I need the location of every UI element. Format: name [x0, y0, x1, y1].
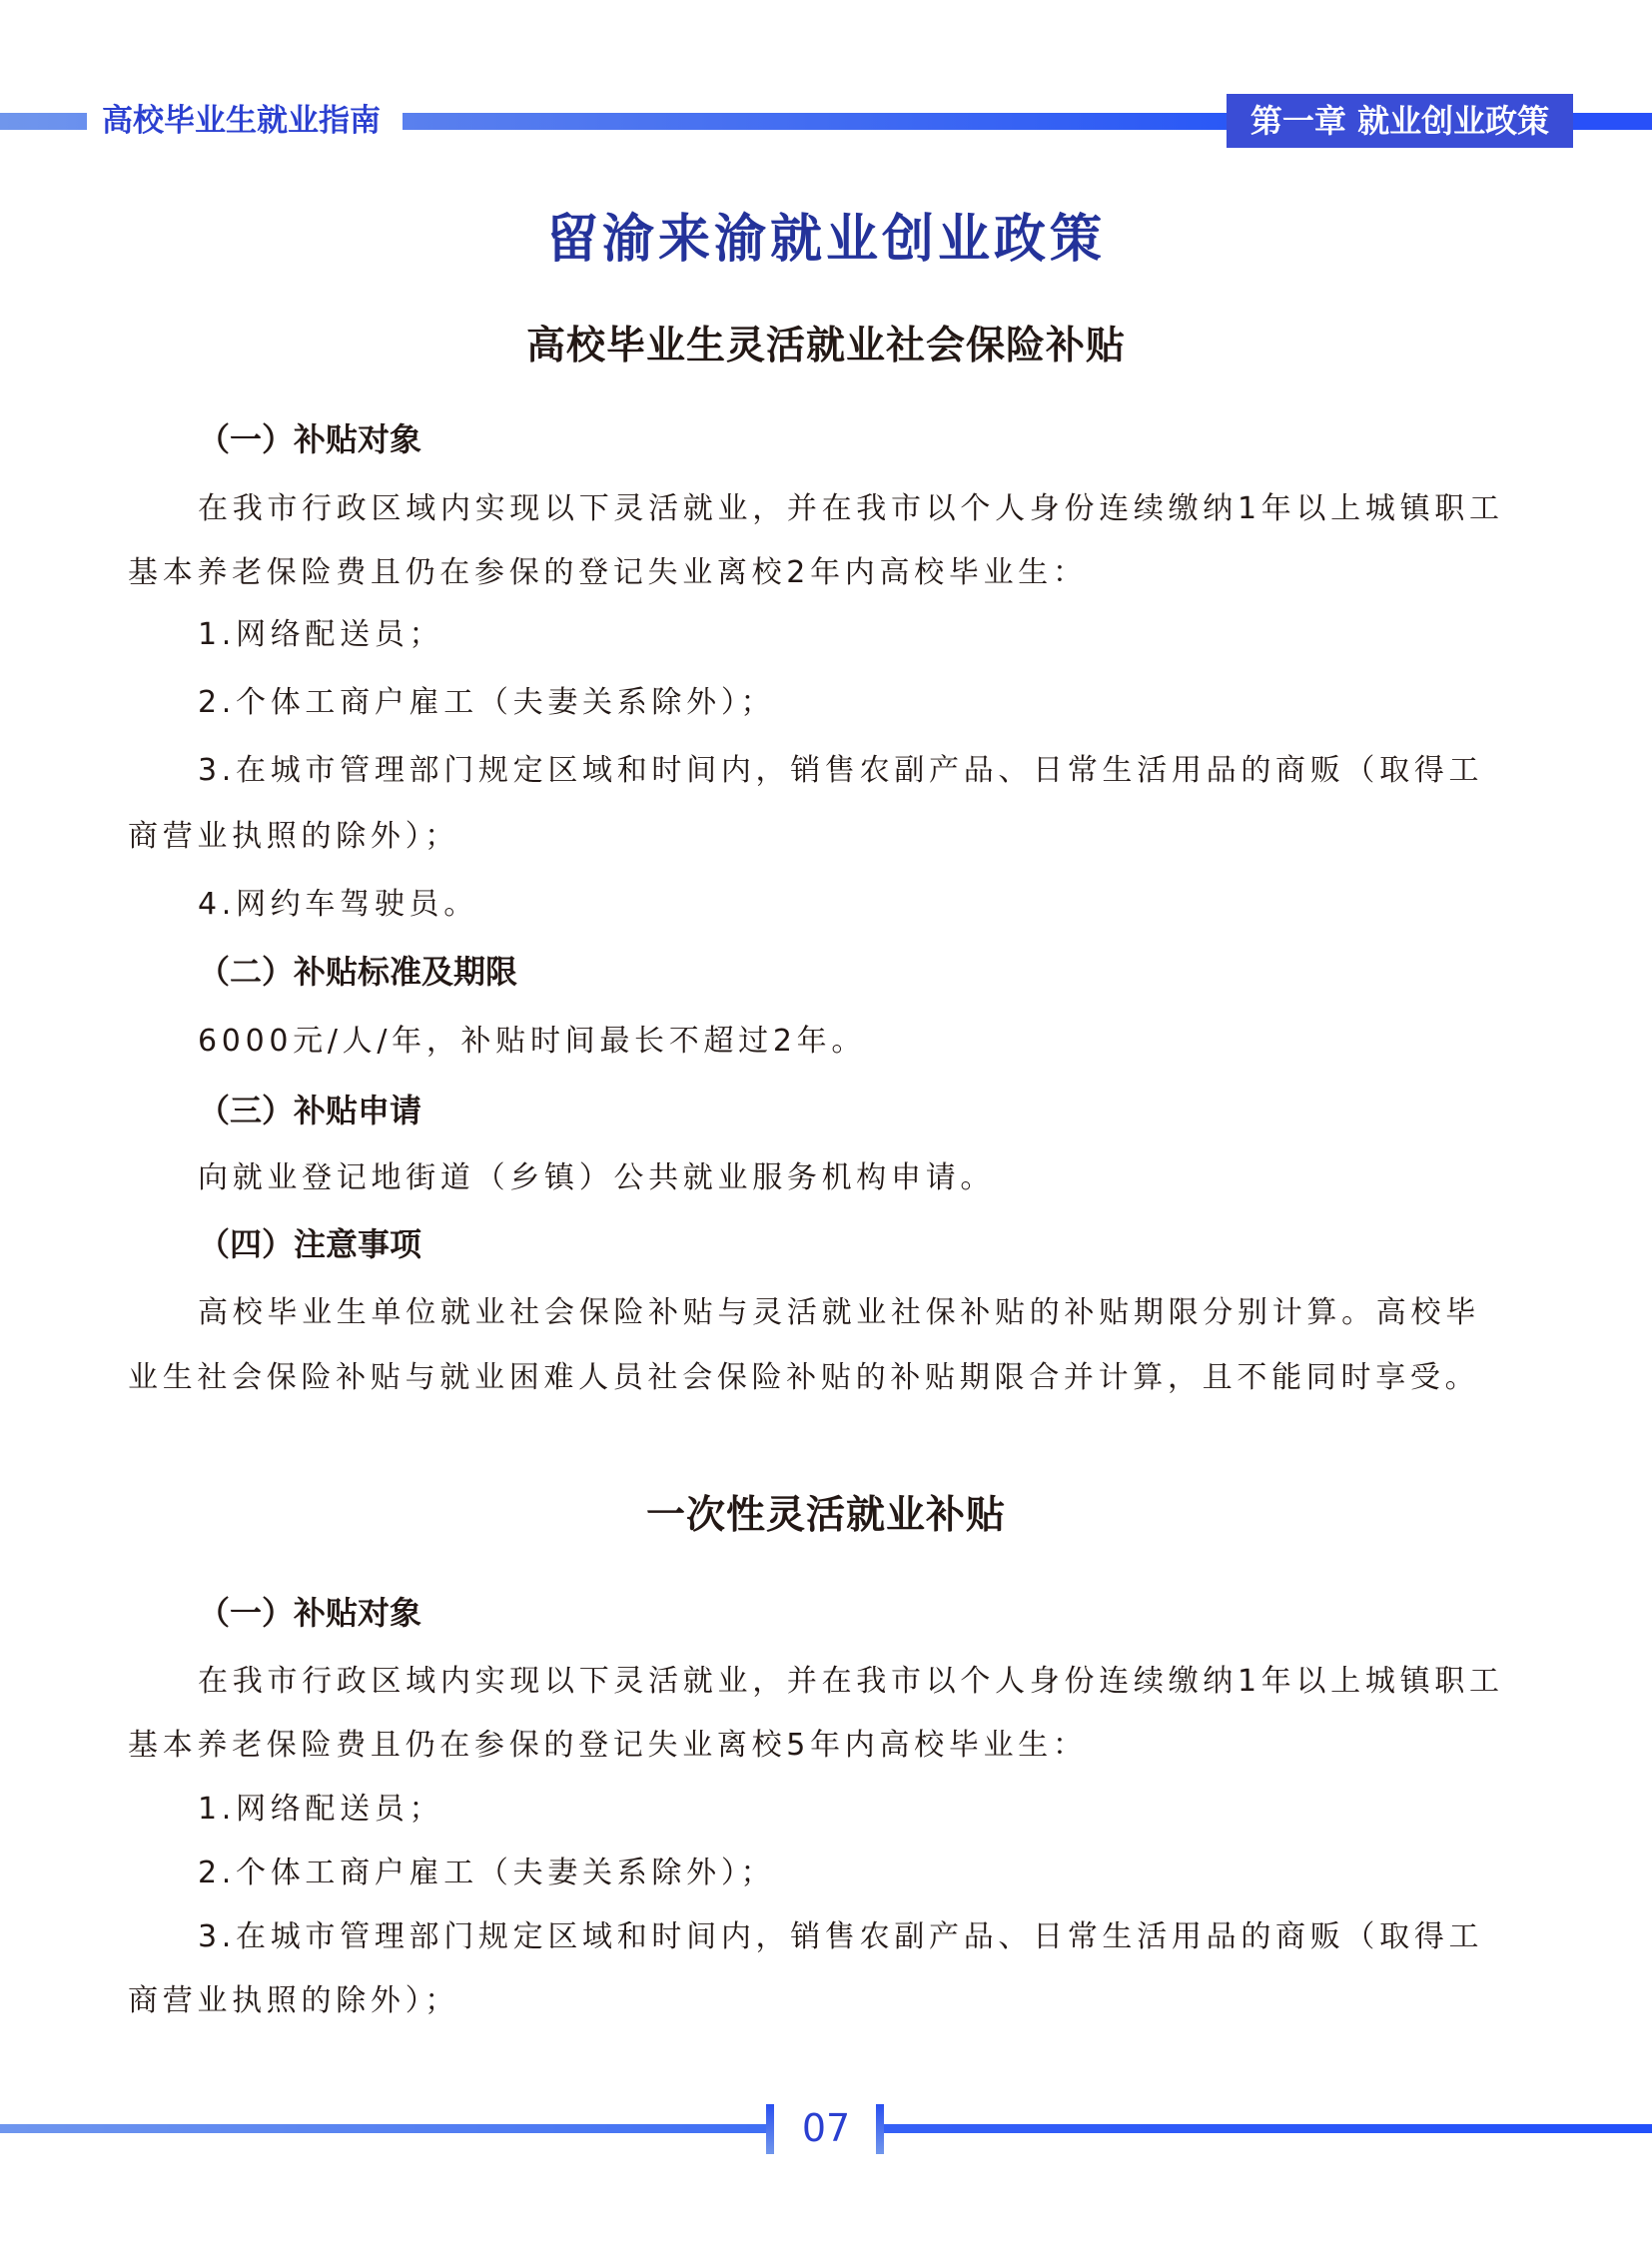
paragraph-line: 6000元/人/年，补贴时间最长不超过2年。: [198, 1022, 866, 1062]
footer-divider-left: [766, 2104, 774, 2154]
paragraph-line: 在我市行政区域内实现以下灵活就业，并在我市以个人身份连续缴纳1年以上城镇职工: [198, 489, 1504, 529]
paragraph-line: 业生社会保险补贴与就业困难人员社会保险补贴的补贴期限合并计算，且不能同时享受。: [128, 1358, 1479, 1398]
subsection-heading: （三）补贴申请: [198, 1091, 421, 1130]
chapter-label: 第一章 就业创业政策: [1227, 94, 1573, 148]
list-item: 3.在城市管理部门规定区域和时间内，销售农副产品、日常生活用品的商贩（取得工: [198, 751, 1483, 791]
footer-divider-right: [876, 2104, 884, 2154]
header-bar-middle: [403, 113, 1232, 130]
paragraph-line: 基本养老保险费且仍在参保的登记失业离校2年内高校毕业生：: [128, 553, 1088, 593]
page-title: 留渝来渝就业创业政策: [0, 208, 1652, 272]
paragraph-line: 向就业登记地街道（乡镇）公共就业服务机构申请。: [198, 1158, 995, 1198]
footer-bar-right: [884, 2124, 1652, 2133]
list-item: 2.个体工商户雇工（夫妻关系除外）；: [198, 1854, 775, 1893]
paragraph-line: 高校毕业生单位就业社会保险补贴与灵活就业社保补贴的补贴期限分别计算。高校毕: [198, 1293, 1480, 1333]
book-title: 高校毕业生就业指南: [102, 100, 381, 142]
list-item-continuation: 商营业执照的除外）；: [128, 1981, 459, 2021]
list-item-continuation: 商营业执照的除外）；: [128, 817, 459, 857]
subsection-heading: （二）补贴标准及期限: [198, 952, 517, 992]
subsection-heading: （四）注意事项: [198, 1224, 421, 1264]
paragraph-line: 基本养老保险费且仍在参保的登记失业离校5年内高校毕业生：: [128, 1726, 1088, 1766]
page-number: 07: [774, 2105, 878, 2151]
list-item: 4.网约车驾驶员。: [198, 885, 478, 925]
list-item: 1.网络配送员；: [198, 615, 443, 655]
subsection-heading: （一）补贴对象: [198, 419, 421, 459]
header-bar-left: [0, 113, 87, 130]
section-title: 高校毕业生灵活就业社会保险补贴: [0, 322, 1652, 372]
section-title: 一次性灵活就业补贴: [0, 1491, 1652, 1541]
list-item: 2.个体工商户雇工（夫妻关系除外）；: [198, 683, 775, 723]
subsection-heading: （一）补贴对象: [198, 1593, 421, 1633]
list-item: 3.在城市管理部门规定区域和时间内，销售农副产品、日常生活用品的商贩（取得工: [198, 1917, 1483, 1957]
list-item: 1.网络配送员；: [198, 1790, 443, 1830]
paragraph-line: 在我市行政区域内实现以下灵活就业，并在我市以个人身份连续缴纳1年以上城镇职工: [198, 1662, 1504, 1702]
header-bar-right: [1573, 113, 1652, 130]
footer-bar-left: [0, 2124, 774, 2133]
